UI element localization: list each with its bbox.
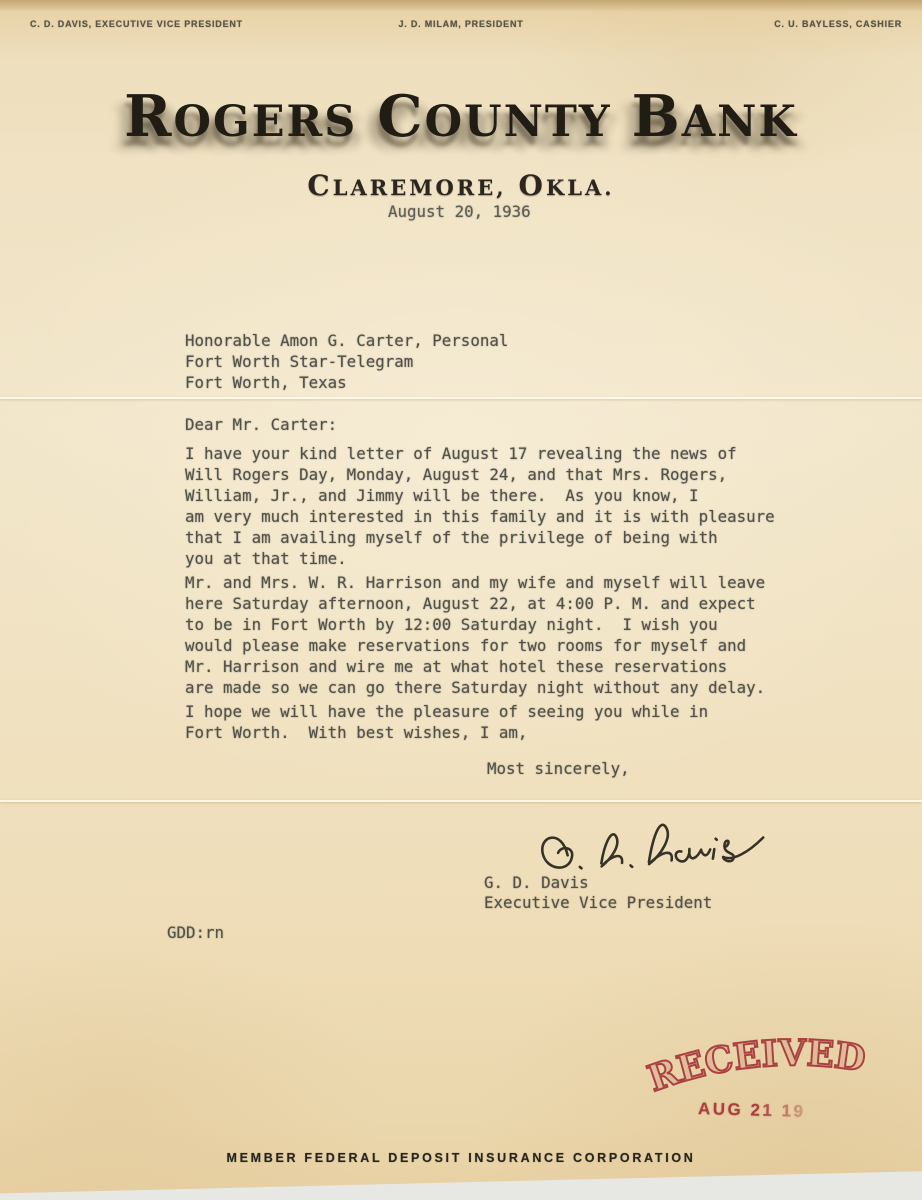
body-line: Fort Worth. With best wishes, I am,	[185, 722, 708, 743]
officer-left: C. D. DAVIS, EXECUTIVE VICE PRESIDENT	[30, 19, 243, 29]
body-line: are made so we can go there Saturday nig…	[185, 677, 765, 698]
paragraph-2: Mr. and Mrs. W. R. Harrison and my wife …	[185, 572, 765, 698]
received-stamp-date: AUG 21 19	[698, 1099, 806, 1122]
received-stamp-arc: RECEIVED	[643, 1026, 885, 1104]
letterhead-officers: C. D. DAVIS, EXECUTIVE VICE PRESIDENT J.…	[0, 19, 922, 33]
fdic-footer: MEMBER FEDERAL DEPOSIT INSURANCE CORPORA…	[0, 1151, 922, 1165]
body-line: Mr. Harrison and wire me at what hotel t…	[185, 656, 765, 677]
officer-right: C. U. BAYLESS, CASHIER	[774, 19, 902, 29]
received-stamp: RECEIVED AUG 21 19	[643, 1026, 887, 1139]
body-line: Mr. and Mrs. W. R. Harrison and my wife …	[185, 572, 765, 593]
body-line: would please make reservations for two r…	[185, 635, 765, 656]
letter-page: C. D. DAVIS, EXECUTIVE VICE PRESIDENT J.…	[0, 0, 922, 1200]
city-word-initial: O	[519, 169, 546, 202]
paragraph-3: I hope we will have the pleasure of seei…	[185, 701, 708, 743]
city-line: CLAREMORE,OKLA.	[0, 169, 922, 202]
closing-line: Most sincerely,	[487, 758, 630, 779]
body-line: William, Jr., and Jimmy will be there. A…	[185, 485, 775, 506]
fold-crease-bottom	[0, 800, 922, 802]
salutation: Dear Mr. Carter:	[185, 414, 337, 435]
bank-word-rest: OUNTY	[425, 97, 612, 147]
body-line: to be in Fort Worth by 12:00 Saturday ni…	[185, 614, 765, 635]
body-line: am very much interested in this family a…	[185, 506, 775, 527]
bank-word-rest: OGERS	[174, 97, 358, 147]
letterhead: ROGERSCOUNTYBANK CLAREMORE,OKLA.	[0, 86, 922, 202]
recipient-line: Fort Worth Star-Telegram	[185, 351, 508, 372]
typed-signature-title: Executive Vice President	[484, 892, 712, 913]
typist-initials: GDD:rn	[167, 922, 224, 943]
body-line: I hope we will have the pleasure of seei…	[185, 701, 708, 722]
body-line: you at that time.	[185, 548, 775, 569]
paragraph-1: I have your kind letter of August 17 rev…	[185, 443, 775, 569]
city-word-initial: C	[307, 169, 332, 202]
city-word-rest: LAREMORE,	[333, 175, 507, 200]
bank-word-initial: B	[632, 83, 682, 150]
fold-crease-top	[0, 397, 922, 399]
city-word-rest: KLA.	[546, 175, 615, 200]
bank-word-initial: R	[124, 83, 173, 150]
bank-name: ROGERSCOUNTYBANK	[0, 86, 922, 153]
bank-word-initial: C	[377, 83, 424, 150]
bank-word-rest: ANK	[682, 97, 798, 147]
body-line: Will Rogers Day, Monday, August 24, and …	[185, 464, 775, 485]
officer-center: J. D. MILAM, PRESIDENT	[398, 19, 523, 29]
typed-signature-name: G. D. Davis	[484, 872, 589, 893]
received-stamp-text: RECEIVED	[643, 1029, 870, 1100]
recipient-line: Honorable Amon G. Carter, Personal	[185, 330, 508, 351]
svg-text:RECEIVED: RECEIVED	[643, 1029, 870, 1100]
body-line: here Saturday afternoon, August 22, at 4…	[185, 593, 765, 614]
recipient-line: Fort Worth, Texas	[185, 372, 508, 393]
body-line: that I am availing myself of the privile…	[185, 527, 775, 548]
body-line: I have your kind letter of August 17 rev…	[185, 443, 775, 464]
recipient-address: Honorable Amon G. Carter, Personal Fort …	[185, 330, 508, 393]
letter-date: August 20, 1936	[388, 201, 531, 222]
